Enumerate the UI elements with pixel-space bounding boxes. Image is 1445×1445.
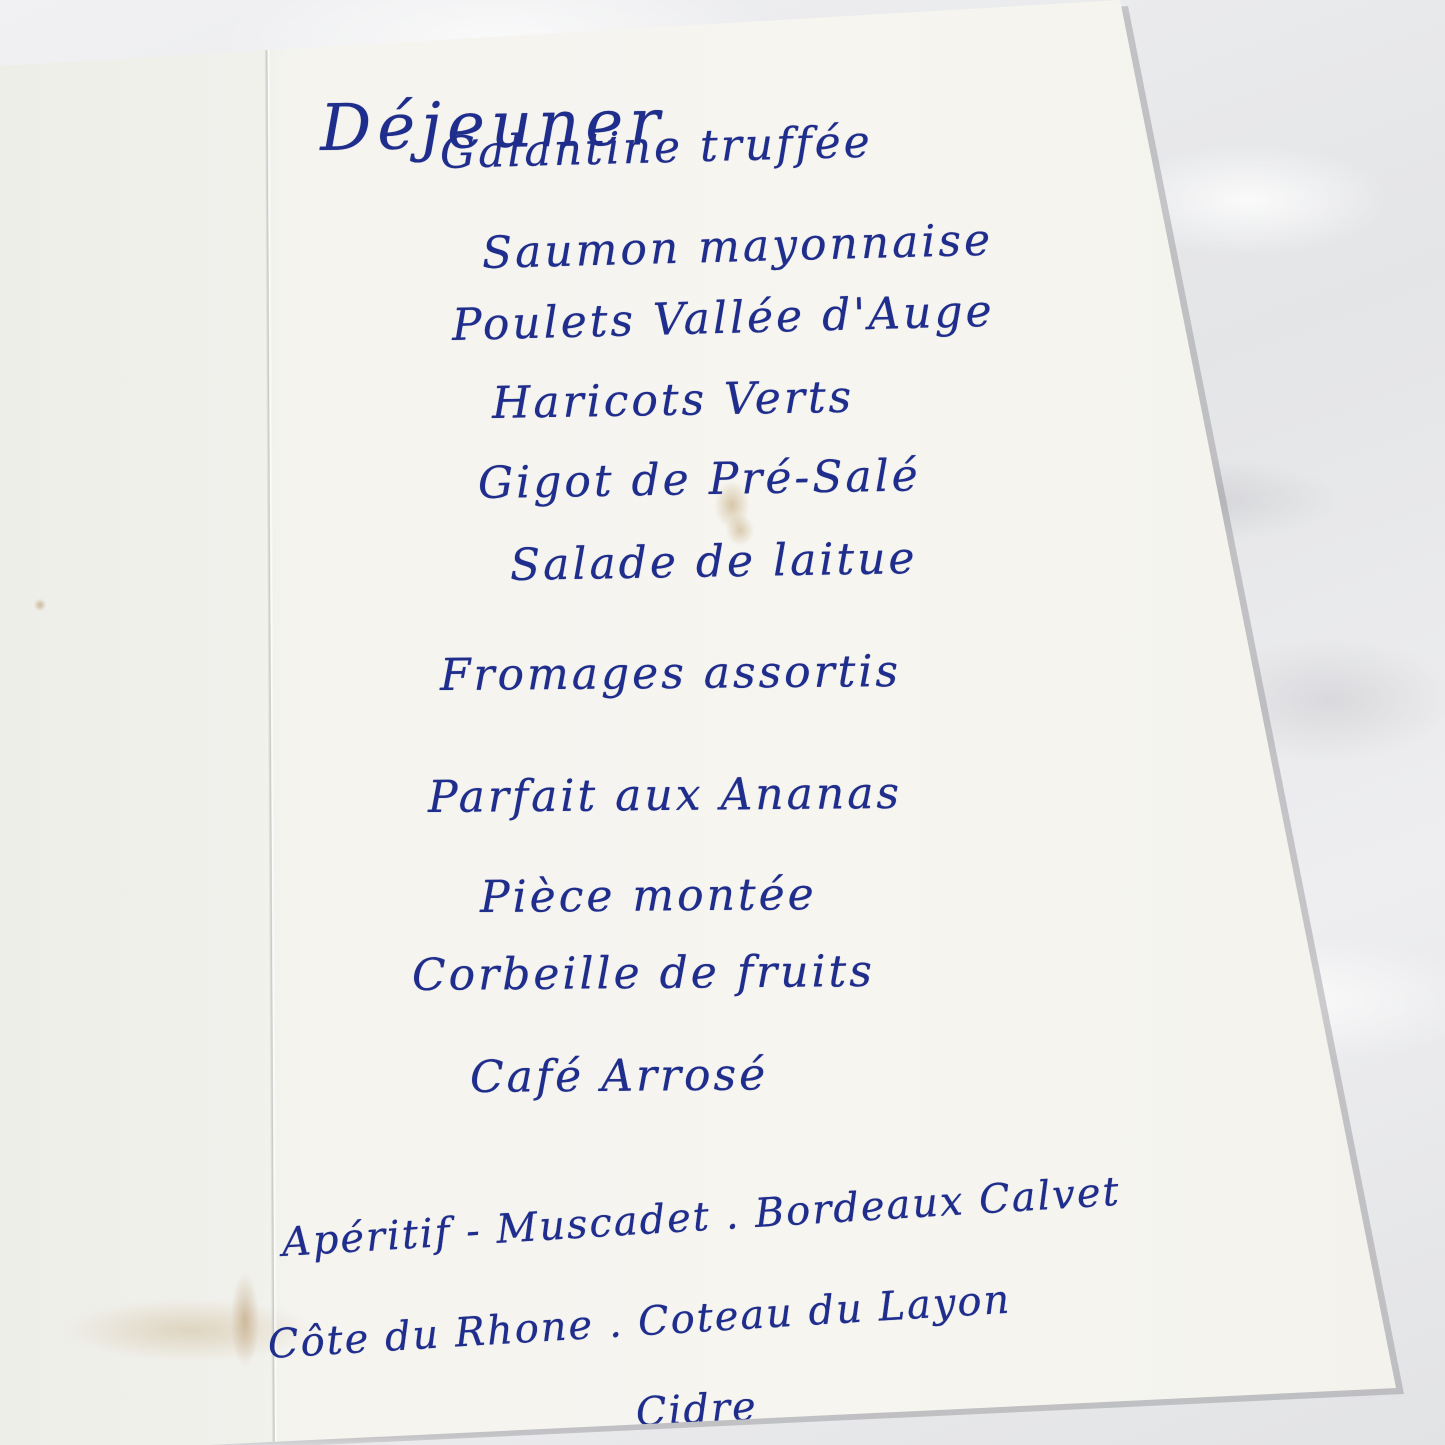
menu-item: Café Arrosé [470,1049,769,1103]
card-fold-line [264,50,277,1445]
menu-item: Pièce montée [480,869,817,923]
menu-item: Parfait aux Ananas [428,768,902,823]
menu-item: Gigot de Pré-Salé [478,450,922,509]
menu-item: Poulets Vallée d'Auge [451,286,995,351]
menu-item: Saumon mayonnaise [481,215,993,279]
beverage-line: Apéritif - Muscadet . Bordeaux Calvet [281,1169,1122,1266]
beverage-line: Côte du Rhone . Coteau du Layon [267,1277,1013,1368]
menu-item: Corbeille de fruits [412,946,875,1001]
menu-item: Haricots Verts [492,372,855,429]
menu-item: Salade de laitue [510,533,918,591]
menu-item: Fromages assortis [440,646,901,701]
menu-item: Galantine truffée [439,117,873,179]
